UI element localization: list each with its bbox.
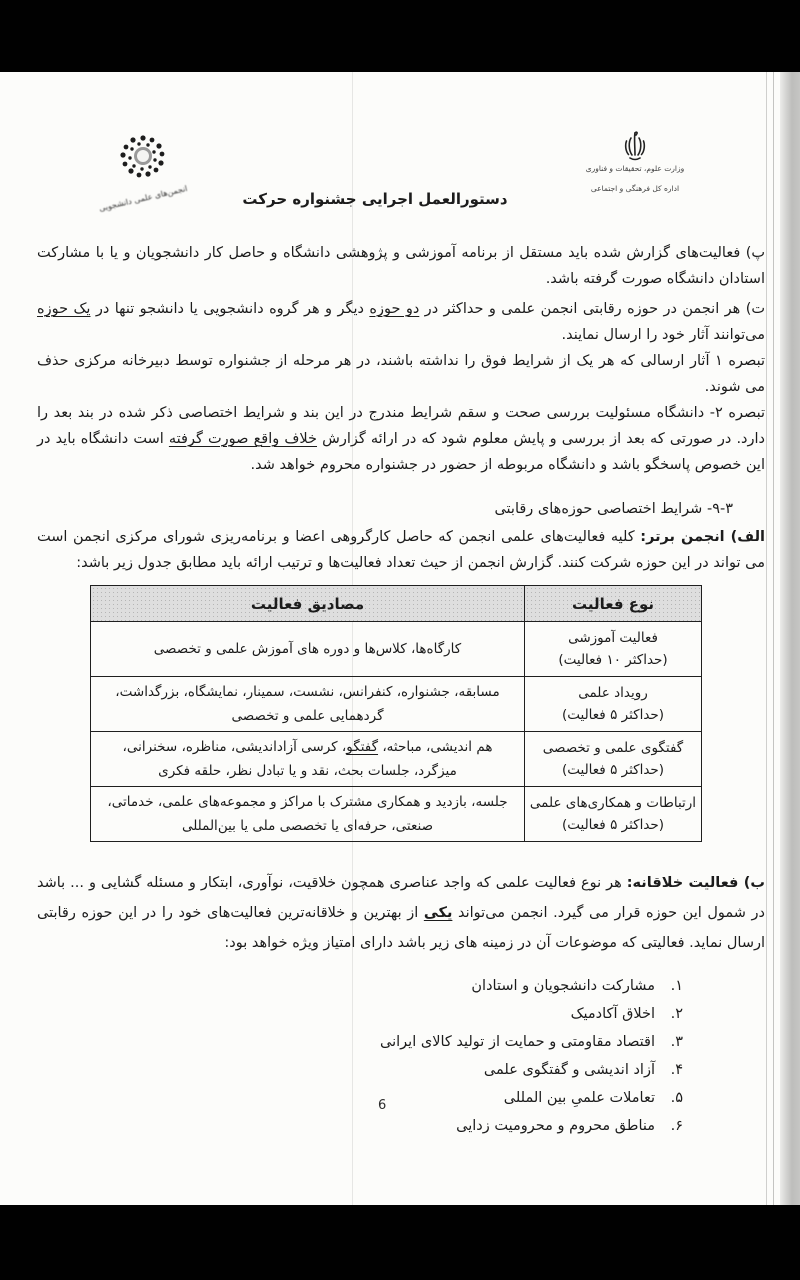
activity-examples-cell: هم اندیشی، مباحثه، گفتگو، کرسی آزاداندیش…: [91, 732, 525, 787]
list-item: ۵.تعاملات علمیِ بین المللی: [37, 1084, 683, 1112]
column-header-activity-type: نوع فعالیت: [525, 586, 702, 622]
ministry-name: وزارت علوم، تحقیقات و فناوری: [560, 162, 710, 175]
paragraph-te: ت) هر انجمن در حوزه رقابتی انجمن علمی و …: [37, 296, 765, 348]
note-1: تبصره ۱ آثار ارسالی که هر یک از شرایط فو…: [37, 348, 765, 400]
list-item-text: آزاد اندیشی و گفتگوی علمی: [484, 1057, 655, 1083]
table-row: فعالیت آموزشی(حداکثر ۱۰ فعالیت)کارگاه‌ها…: [91, 622, 702, 677]
text-segment: الف) انجمن برتر:: [640, 529, 765, 545]
text-segment: دیگر و هر گروه دانشجویی یا دانشجو تنها د…: [90, 301, 369, 317]
list-item: ۱.مشارکت دانشجویان و استادان: [37, 972, 683, 1000]
text-segment: ب) فعالیت خلاقانه:: [627, 875, 765, 891]
scan-edge-line: [766, 72, 767, 1205]
activity-type: گفتگوی علمی و تخصصی: [528, 737, 698, 759]
page-number: 6: [378, 1098, 386, 1113]
list-item-number: ۱.: [669, 973, 683, 999]
list-item: ۲.اخلاق آکادمیک: [37, 1000, 683, 1028]
text-segment: دو حوزه: [369, 301, 419, 317]
activity-type-cell: رویداد علمی(حداکثر ۵ فعالیت): [525, 677, 702, 732]
list-item: ۶.مناطق محروم و محرومیت زدایی: [37, 1112, 683, 1140]
flower-emblem-icon: [98, 130, 188, 186]
list-item-number: ۲.: [669, 1001, 683, 1027]
note-2: تبصره ۲- دانشگاه مسئولیت بررسی صحت و سقم…: [37, 400, 765, 478]
text-segment: یک حوزه: [37, 301, 90, 317]
table-row: ارتباطات و همکاری‌های علمی(حداکثر ۵ فعال…: [91, 787, 702, 842]
list-item-text: تعاملات علمیِ بین المللی: [504, 1085, 655, 1111]
document-body: پ) فعالیت‌های گزارش شده باید مستقل از بر…: [37, 240, 765, 1140]
text-segment: پ) فعالیت‌های گزارش شده باید مستقل از بر…: [37, 245, 765, 287]
text-segment: کارگاه‌ها، کلاس‌ها و دوره های آموزش علمی…: [154, 641, 461, 657]
list-item-text: اخلاق آکادمیک: [571, 1001, 655, 1027]
paragraph-alef: الف) انجمن برتر: کلیه فعالیت‌های علمی ان…: [37, 524, 765, 576]
activities-table-head: نوع فعالیت مصادیق فعالیت: [91, 586, 702, 622]
list-item-text: مناطق محروم و محرومیت زدایی: [456, 1113, 655, 1139]
scan-bottom-bar: [0, 1205, 800, 1280]
list-item: ۳.اقتصاد مقاومتی و حمایت از تولید کالای …: [37, 1028, 683, 1056]
list-item-text: مشارکت دانشجویان و استادان: [471, 973, 655, 999]
text-segment: خلاف واقع صورت گرفته: [169, 431, 317, 447]
document-page: انجمن‌های علمی دانشجویی وزارت علوم، تحقی…: [0, 72, 800, 1205]
list-item-number: ۵.: [669, 1085, 683, 1111]
list-item-number: ۳.: [669, 1029, 683, 1055]
scanned-document-screen: انجمن‌های علمی دانشجویی وزارت علوم، تحقی…: [0, 0, 800, 1280]
special-topics-list: ۱.مشارکت دانشجویان و استادان۲.اخلاق آکاد…: [37, 972, 683, 1140]
activity-examples-cell: مسابقه، جشنواره، کنفرانس، نشست، سمینار، …: [91, 677, 525, 732]
ministry-logo-block: وزارت علوم، تحقیقات و فناوری اداره کل فر…: [560, 128, 710, 195]
activities-table: نوع فعالیت مصادیق فعالیت فعالیت آموزشی(ح…: [90, 585, 702, 842]
list-item-number: ۴.: [669, 1057, 683, 1083]
activities-table-body: فعالیت آموزشی(حداکثر ۱۰ فعالیت)کارگاه‌ها…: [91, 622, 702, 842]
scan-edge-shadow: [780, 72, 800, 1205]
activity-type: ارتباطات و همکاری‌های علمی: [528, 792, 698, 814]
activity-type-cell: ارتباطات و همکاری‌های علمی(حداکثر ۵ فعال…: [525, 787, 702, 842]
table-row: گفتگوی علمی و تخصصی(حداکثر ۵ فعالیت)هم ا…: [91, 732, 702, 787]
text-segment: تبصره ۱ آثار ارسالی که هر یک از شرایط فو…: [37, 353, 765, 395]
activity-limit: (حداکثر ۵ فعالیت): [528, 814, 698, 836]
list-item: ۴.آزاد اندیشی و گفتگوی علمی: [37, 1056, 683, 1084]
activity-limit: (حداکثر ۵ فعالیت): [528, 759, 698, 781]
activity-limit: (حداکثر ۱۰ فعالیت): [528, 649, 698, 671]
activity-type: فعالیت آموزشی: [528, 627, 698, 649]
paragraph-be: ب) فعالیت خلاقانه: هر نوع فعالیت علمی که…: [37, 868, 765, 958]
activity-limit: (حداکثر ۵ فعالیت): [528, 704, 698, 726]
text-segment: هم اندیشی، مباحثه،: [378, 739, 492, 755]
activity-type-cell: فعالیت آموزشی(حداکثر ۱۰ فعالیت): [525, 622, 702, 677]
paragraph-pe: پ) فعالیت‌های گزارش شده باید مستقل از بر…: [37, 240, 765, 292]
activity-type: رویداد علمی: [528, 682, 698, 704]
list-item-text: اقتصاد مقاومتی و حمایت از تولید کالای ای…: [380, 1029, 655, 1055]
text-segment: جلسه، بازدید و همکاری مشترک با مراکز و م…: [107, 794, 507, 834]
column-header-activity-examples: مصادیق فعالیت: [91, 586, 525, 622]
activity-examples-cell: جلسه، بازدید و همکاری مشترک با مراکز و م…: [91, 787, 525, 842]
text-segment: ت) هر انجمن در حوزه رقابتی انجمن علمی و …: [419, 301, 765, 317]
iran-emblem-icon: [560, 128, 710, 162]
list-item-number: ۶.: [669, 1113, 683, 1139]
text-segment: یکی: [424, 905, 453, 921]
text-segment: مسابقه، جشنواره، کنفرانس، نشست، سمینار، …: [115, 684, 499, 724]
scan-top-bar: [0, 0, 800, 72]
activity-type-cell: گفتگوی علمی و تخصصی(حداکثر ۵ فعالیت): [525, 732, 702, 787]
section-heading: ۹-۳- شرایط اختصاصی حوزه‌های رقابتی: [37, 496, 733, 522]
scan-edge-line: [773, 72, 774, 1205]
activity-examples-cell: کارگاه‌ها، کلاس‌ها و دوره های آموزش علمی…: [91, 622, 525, 677]
text-segment: گفتگو: [346, 739, 378, 755]
document-title: دستورالعمل اجرایی جشنواره حرکت: [0, 190, 775, 208]
text-segment: می‌توانند آثار خود را ارسال نمایند.: [561, 327, 765, 343]
table-row: رویداد علمی(حداکثر ۵ فعالیت)مسابقه، جشنو…: [91, 677, 702, 732]
